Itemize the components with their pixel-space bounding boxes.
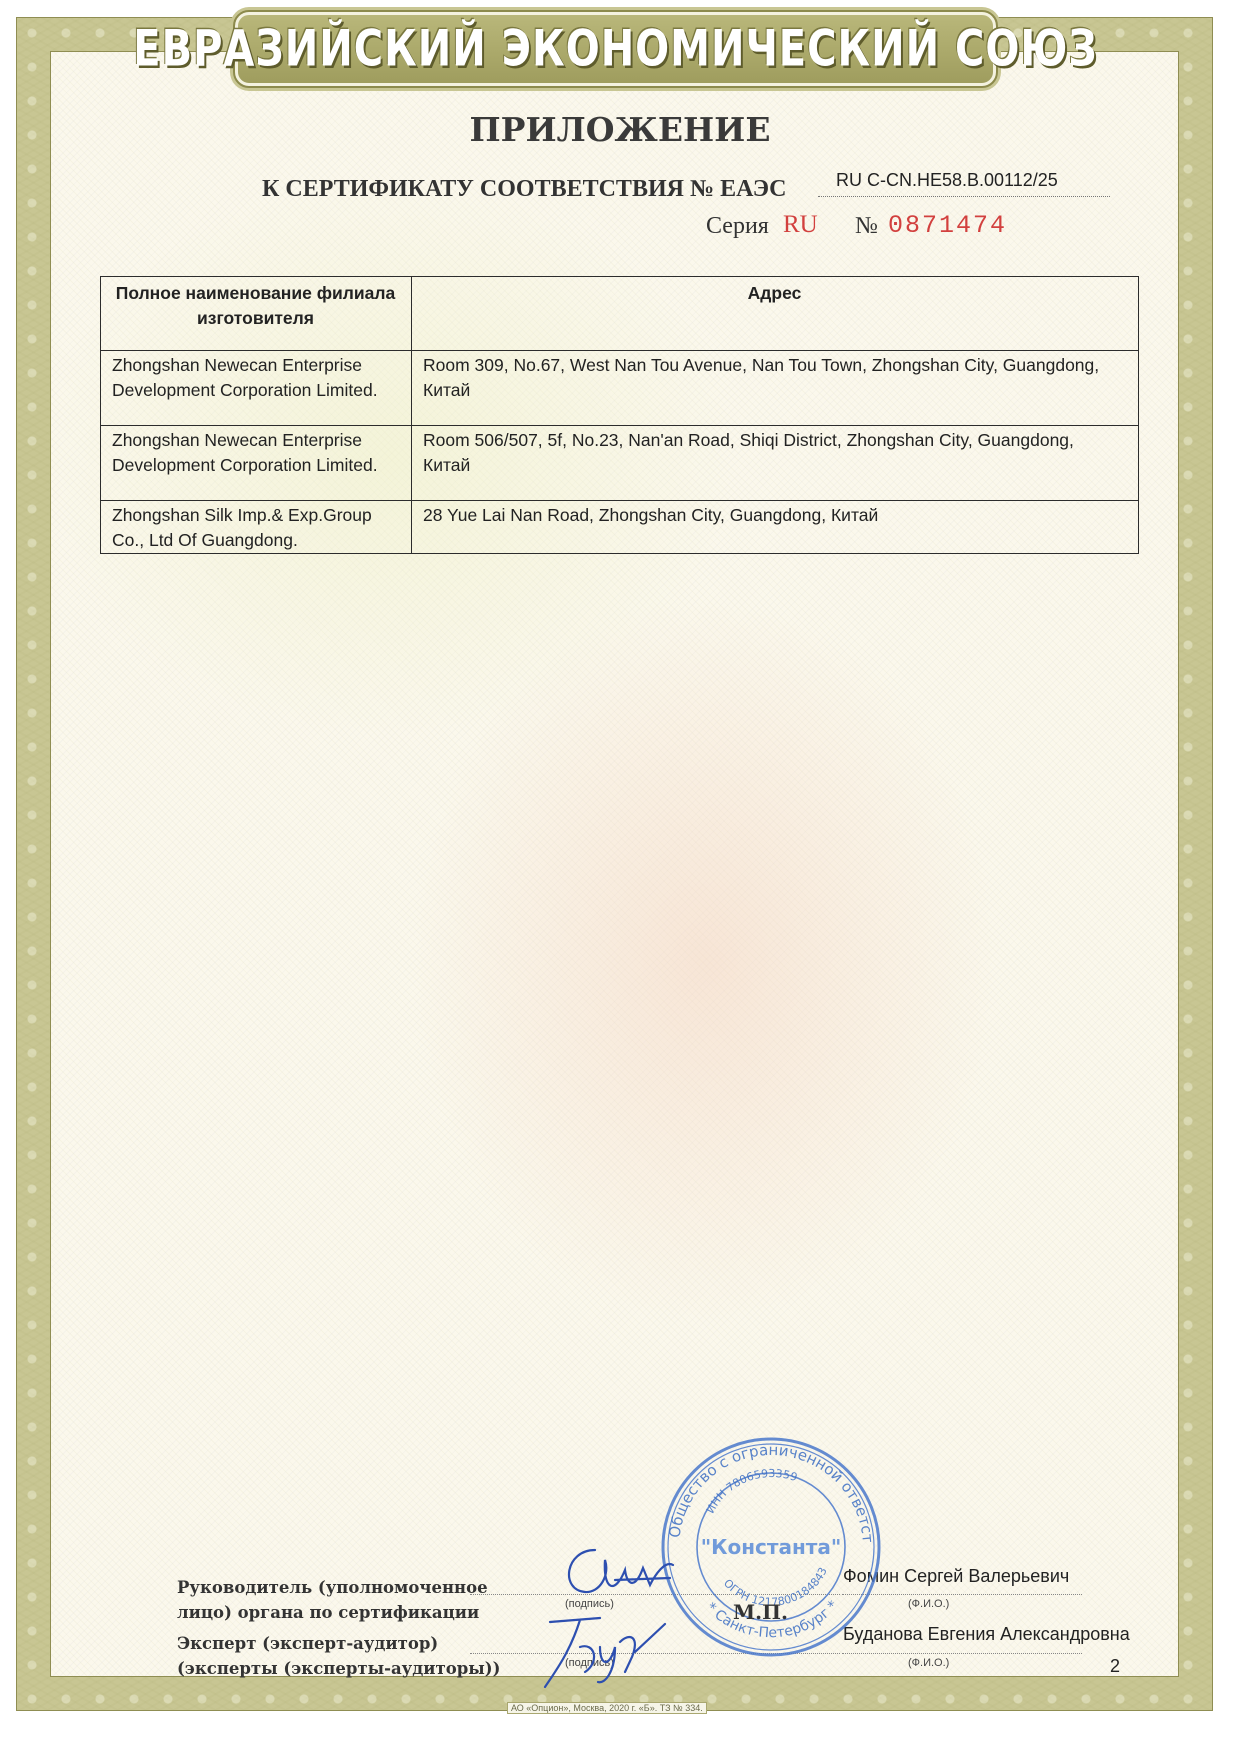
printer-imprint: АО «Опцион», Москва, 2020 г. «Б». ТЗ № 3… [507,1702,707,1714]
stamp-name: "Константа" [701,1535,842,1559]
banner-title: ЕВРАЗИЙСКИЙ ЭКОНОМИЧЕСКИЙ СОЮЗ [133,20,1098,78]
company-stamp-icon: Общество с ограниченной ответственностью… [646,1432,896,1662]
expert-fio-hint: (Ф.И.О.) [908,1657,949,1669]
head-signature-icon [555,1530,675,1610]
head-label-line2: лицо) органа по сертификации [177,1600,479,1625]
head-fio-hint: (Ф.И.О.) [908,1598,949,1610]
certificate-number: RU C-CN.HE58.B.00112/25 [818,170,1110,197]
page-number: 2 [1110,1656,1120,1677]
branches-table: Полное наименование филиала изготовителя… [100,276,1139,554]
series-label: Серия [706,213,769,240]
expert-signature-icon [540,1612,670,1692]
union-banner: ЕВРАЗИЙСКИЙ ЭКОНОМИЧЕСКИЙ СОЮЗ [235,12,996,86]
table-row: Zhongshan Newecan Enterprise Development… [101,351,1139,426]
certificate-label: К СЕРТИФИКАТУ СООТВЕТСТВИЯ № ЕАЭС [262,176,786,203]
number-label: № [855,213,878,240]
branch-name: Zhongshan Newecan Enterprise Development… [101,426,412,501]
branch-address: Room 309, No.67, West Nan Tou Avenue, Na… [412,351,1139,426]
seal-label: М.П. [733,1600,788,1624]
page-title: ПРИЛОЖЕНИЕ [0,110,1240,149]
table-row: Zhongshan Silk Imp.& Exp.Group Co., Ltd … [101,501,1139,554]
certificate-frame [16,17,1213,1711]
form-number: 0871474 [888,211,1007,240]
branch-address: 28 Yue Lai Nan Road, Zhongshan City, Gua… [412,501,1139,554]
branch-name: Zhongshan Silk Imp.& Exp.Group Co., Ltd … [101,501,412,554]
column-header-name: Полное наименование филиала изготовителя [101,277,412,351]
expert-label-line1: Эксперт (эксперт-аудитор) [177,1631,438,1656]
series-value: RU [783,211,818,239]
branch-name: Zhongshan Newecan Enterprise Development… [101,351,412,426]
branch-address: Room 506/507, 5f, No.23, Nan'an Road, Sh… [412,426,1139,501]
head-label-line1: Руководитель (уполномоченное [177,1575,488,1600]
table-row: Zhongshan Newecan Enterprise Development… [101,426,1139,501]
table-header-row: Полное наименование филиала изготовителя… [101,277,1139,351]
column-header-address: Адрес [412,277,1139,351]
expert-label-line2: (эксперты (эксперты-аудиторы)) [177,1656,500,1681]
